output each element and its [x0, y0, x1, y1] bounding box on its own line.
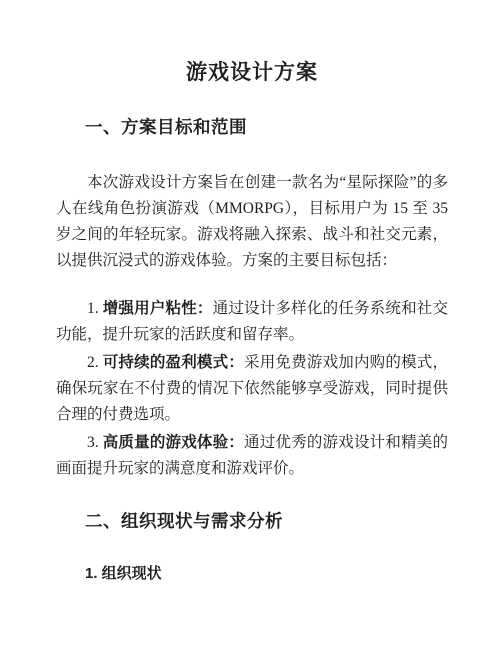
- document-page: 游戏设计方案 一、方案目标和范围 本次游戏设计方案旨在创建一款名为“星际探险”的…: [0, 0, 500, 647]
- document-title: 游戏设计方案: [56, 60, 448, 86]
- goal-item-1: 1. 增强用户粘性：通过设计多样化的任务系统和社交功能，提升玩家的活跃度和留存率…: [56, 296, 448, 348]
- goal-2-label: 可持续的盈利模式：: [103, 354, 244, 371]
- goal-item-3: 3. 高质量的游戏体验：通过优秀的游戏设计和精美的画面提升玩家的满意度和游戏评价…: [56, 430, 448, 482]
- goal-1-label: 增强用户粘性：: [103, 300, 213, 317]
- intro-paragraph: 本次游戏设计方案旨在创建一款名为“星际探险”的多人在线角色扮演游戏（MMORPG…: [56, 170, 448, 274]
- section-2-heading: 二、组织现状与需求分析: [56, 509, 448, 533]
- goal-item-2: 2. 可持续的盈利模式：采用免费游戏加内购的模式，确保玩家在不付费的情况下依然能…: [56, 350, 448, 428]
- goal-3-number: 3.: [87, 434, 103, 451]
- document-screenshot: { "doc": { "title": "游戏设计方案", "section1"…: [0, 0, 500, 647]
- goal-list: 1. 增强用户粘性：通过设计多样化的任务系统和社交功能，提升玩家的活跃度和留存率…: [56, 296, 448, 482]
- goal-3-label: 高质量的游戏体验：: [103, 434, 244, 451]
- goal-1-number: 1.: [87, 300, 103, 317]
- section-2-subheading: 1. 组织现状: [56, 564, 448, 584]
- section-1-heading: 一、方案目标和范围: [56, 115, 448, 139]
- goal-2-number: 2.: [87, 354, 103, 371]
